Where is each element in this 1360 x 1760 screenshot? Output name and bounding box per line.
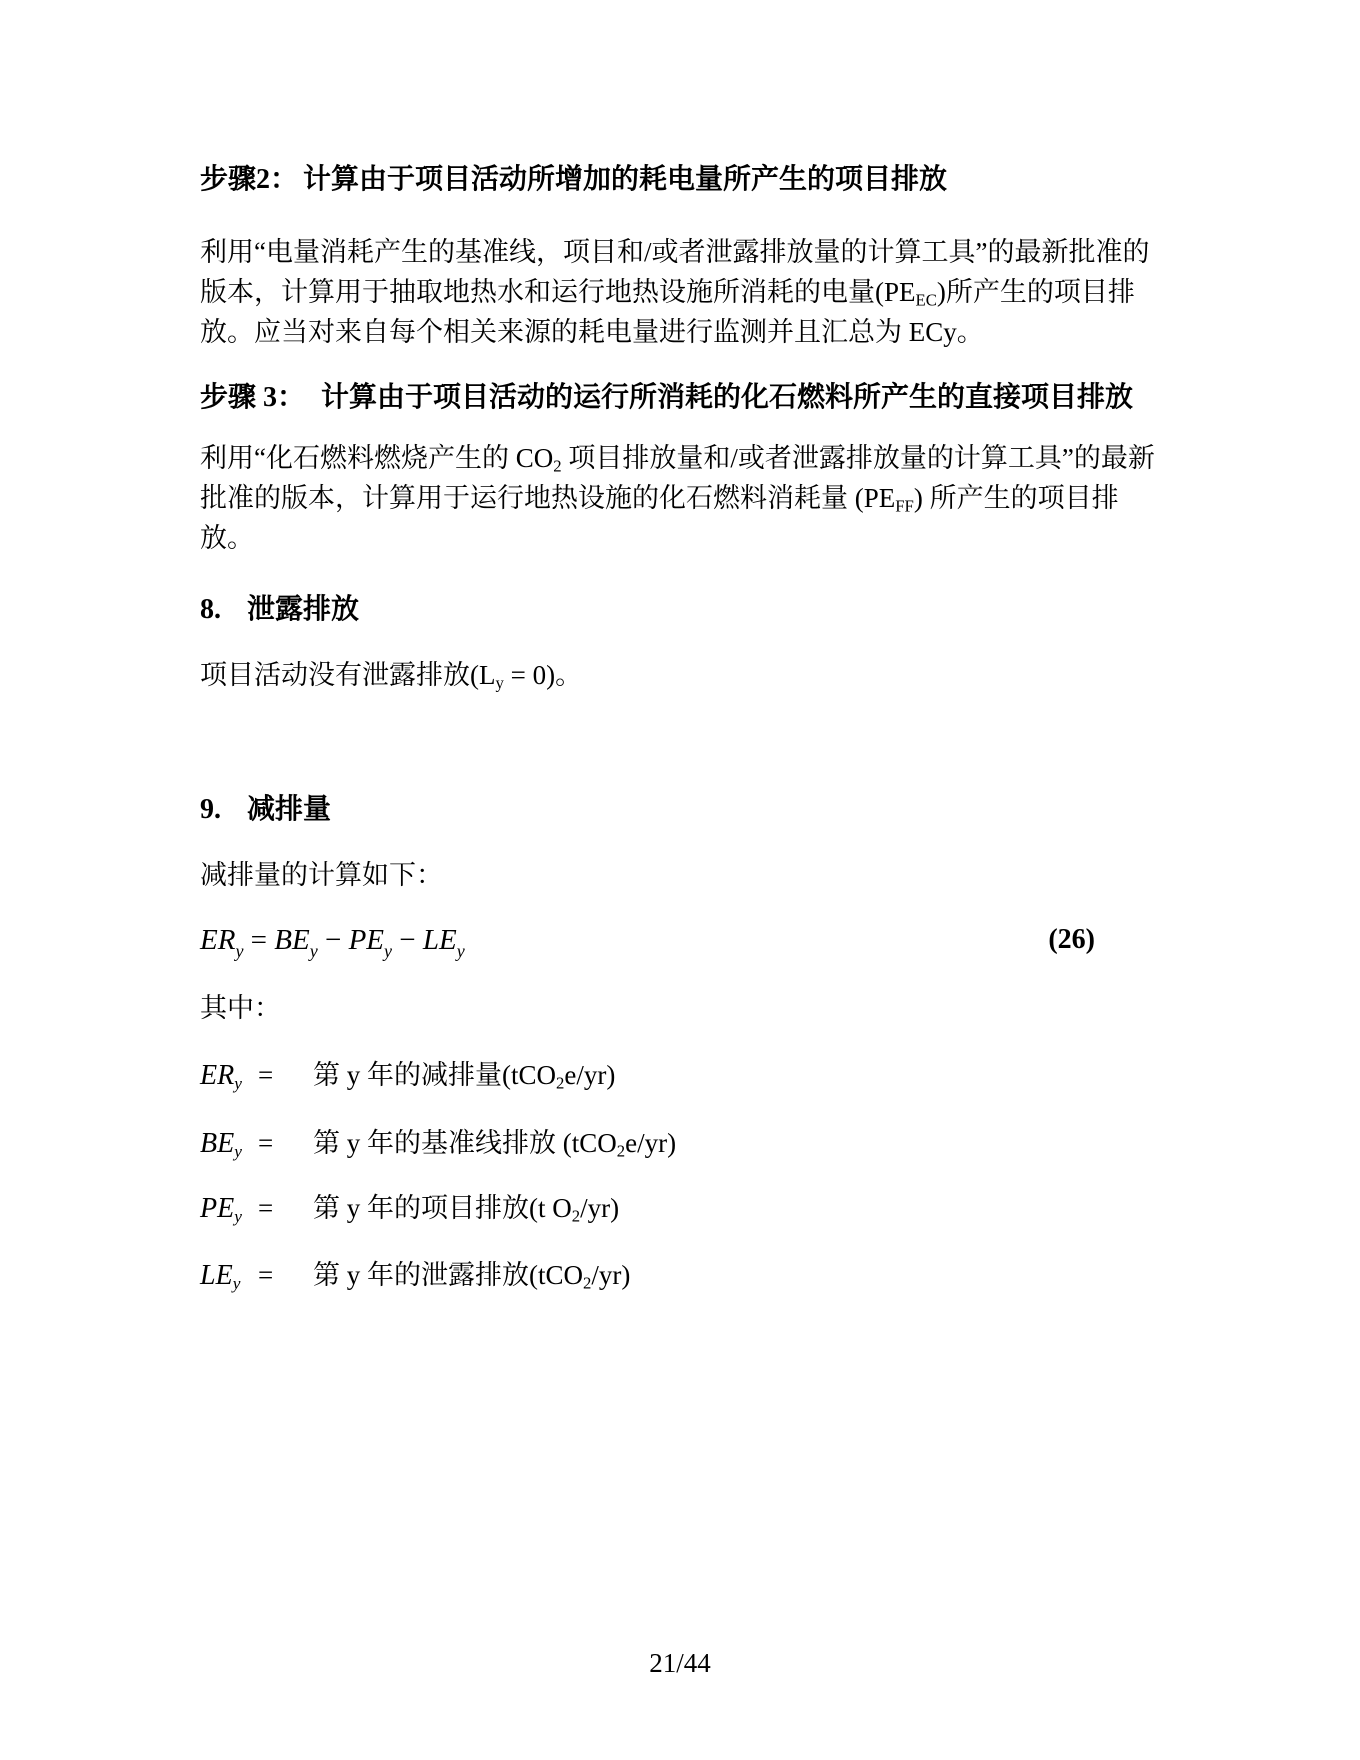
- document-page: 步骤2：计算由于项目活动所增加的耗电量所产生的项目排放 利用“电量消耗产生的基准…: [0, 0, 1360, 1760]
- definition-symbol: BEy: [200, 1124, 258, 1164]
- equation-number: (26): [1048, 920, 1095, 960]
- step3-heading-title: 计算由于项目活动的运行所消耗的化石燃料所产生的直接项目排放: [321, 382, 1133, 413]
- paragraph-line: 版本，计算用于抽取地热水和运行地热设施所消耗的电量(PEEC)所产生的项目排: [200, 272, 1160, 312]
- step2-paragraph: 利用“电量消耗产生的基准线，项目和/或者泄露排放量的计算工具”的最新批准的 版本…: [200, 232, 1160, 352]
- paragraph-line: 项目活动没有泄露排放(Ly = 0)。: [200, 655, 1160, 695]
- definition-symbol: ERy: [200, 1056, 258, 1096]
- definition-row: ERy = 第 y 年的减排量(tCO2e/yr): [200, 1055, 1160, 1096]
- paragraph-line: 减排量的计算如下：: [200, 855, 1160, 895]
- where-label: 其中：: [200, 988, 1160, 1028]
- paragraph-line: 利用“电量消耗产生的基准线，项目和/或者泄露排放量的计算工具”的最新批准的: [200, 232, 1160, 272]
- section8-paragraph: 项目活动没有泄露排放(Ly = 0)。: [200, 655, 1160, 695]
- step3-paragraph: 利用“化石燃料燃烧产生的 CO2 项目排放量和/或者泄露排放量的计算工具”的最新…: [200, 438, 1160, 558]
- definition-equals: =: [258, 1123, 313, 1163]
- definition-row: BEy = 第 y 年的基准线排放 (tCO2e/yr): [200, 1123, 1160, 1164]
- page-number-footer: 21/44: [0, 1643, 1360, 1683]
- paragraph-line: 批准的版本，计算用于运行地热设施的化石燃料消耗量 (PEFF) 所产生的项目排: [200, 478, 1160, 518]
- paragraph-line: 放。应当对来自每个相关来源的耗电量进行监测并且汇总为 ECy。: [200, 312, 1160, 352]
- step2-heading: 步骤2：计算由于项目活动所增加的耗电量所产生的项目排放: [200, 160, 1160, 200]
- section8-heading: 8.泄露排放: [200, 590, 1160, 630]
- definition-equals: =: [258, 1055, 313, 1095]
- definition-equals: =: [258, 1188, 313, 1228]
- paragraph-line: 利用“化石燃料燃烧产生的 CO2 项目排放量和/或者泄露排放量的计算工具”的最新: [200, 438, 1160, 478]
- section9-intro: 减排量的计算如下：: [200, 855, 1160, 895]
- paragraph-line: 其中：: [200, 988, 1160, 1028]
- formula-block: ERy = BEy − PEy − LEy (26): [200, 920, 1160, 960]
- section8-title: 泄露排放: [247, 594, 359, 625]
- definition-description: 第 y 年的减排量(tCO2e/yr): [313, 1055, 615, 1095]
- definition-description: 第 y 年的泄露排放(tCO2/yr): [313, 1255, 630, 1295]
- section9-number: 9.: [200, 790, 247, 830]
- step2-heading-title: 计算由于项目活动所增加的耗电量所产生的项目排放: [303, 164, 947, 195]
- step3-heading-label: 步骤 3：: [200, 382, 305, 413]
- formula-expression: ERy = BEy − PEy − LEy: [200, 924, 465, 956]
- paragraph-line: 放。: [200, 518, 1160, 558]
- definition-row: LEy = 第 y 年的泄露排放(tCO2/yr): [200, 1255, 1160, 1296]
- definition-row: PEy = 第 y 年的项目排放(t O2/yr): [200, 1188, 1160, 1229]
- definition-equals: =: [258, 1255, 313, 1295]
- definition-symbol: LEy: [200, 1256, 258, 1296]
- section9-title: 减排量: [247, 794, 331, 825]
- definition-symbol: PEy: [200, 1189, 258, 1229]
- section8-number: 8.: [200, 590, 247, 630]
- step2-heading-label: 步骤2：: [200, 164, 298, 195]
- step3-heading: 步骤 3：计算由于项目活动的运行所消耗的化石燃料所产生的直接项目排放: [200, 378, 1160, 418]
- definition-description: 第 y 年的基准线排放 (tCO2e/yr): [313, 1123, 676, 1163]
- definition-description: 第 y 年的项目排放(t O2/yr): [313, 1188, 619, 1228]
- section9-heading: 9.减排量: [200, 790, 1160, 830]
